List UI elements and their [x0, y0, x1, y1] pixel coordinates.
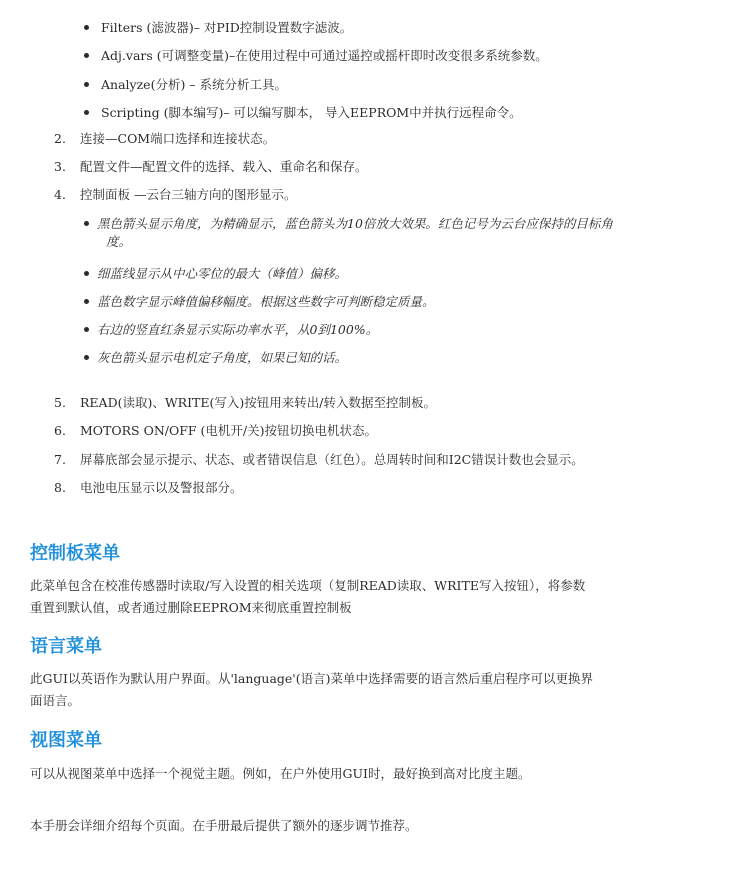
list-item-black-arrow: 黑色箭头显示角度，为精确显示，蓝色箭头为10倍放大效果。红色记号为云台应保持的目… — [97, 216, 613, 232]
bullet-icon — [84, 221, 89, 226]
section-paragraph-line: 可以从视图菜单中选择一个视觉主题。例如，在户外使用GUI时，最好换到高对比度主题… — [30, 766, 530, 782]
list-item-analyze: Analyze(分析) – 系统分析工具。 — [101, 77, 287, 93]
list-number: 8. — [54, 480, 66, 496]
list-item-profile: 配置文件—配置文件的选择、载入、重命名和保存。 — [80, 159, 368, 175]
bullet-icon — [84, 355, 89, 360]
list-number: 2. — [54, 131, 66, 147]
bullet-icon — [84, 82, 89, 87]
bullet-icon — [84, 25, 89, 30]
section-paragraph-line: 此GUI以英语作为默认用户界面。从'language'(语言)菜单中选择需要的语… — [30, 671, 593, 687]
document-page: Filters (滤波器)– 对PID控制设置数字滤波。 Adj.vars (可… — [0, 0, 750, 886]
bullet-icon — [84, 271, 89, 276]
list-item-battery: 电池电压显示以及警报部分。 — [80, 480, 243, 496]
list-number: 6. — [54, 423, 66, 439]
list-item-red-bar: 右边的竖直红条显示实际功率水平，从0到100%。 — [97, 322, 378, 338]
list-number: 3. — [54, 159, 66, 175]
bullet-icon — [84, 53, 89, 58]
list-item-scripting: Scripting (脚本编写)– 可以编写脚本， 导入EEPROM中并执行远程… — [101, 105, 522, 121]
list-item-control-panel: 控制面板 —云台三轴方向的图形显示。 — [80, 187, 296, 203]
list-item-blue-numbers: 蓝色数字显示峰值偏移幅度。根据这些数字可判断稳定质量。 — [97, 294, 435, 310]
list-item-status-bar: 屏幕底部会显示提示、状态、或者错误信息（红色）。总周转时间和I2C错误计数也会显… — [80, 452, 584, 468]
section-paragraph-line: 重置到默认值，或者通过删除EEPROM来彻底重置控制板 — [30, 600, 352, 616]
list-number: 5. — [54, 395, 66, 411]
section-paragraph-line: 面语言。 — [30, 693, 80, 709]
list-item-gray-arrow: 灰色箭头显示电机定子角度，如果已知的话。 — [97, 350, 347, 366]
list-number: 4. — [54, 187, 66, 203]
section-heading: 语言菜单 — [30, 636, 102, 658]
list-item-adj-vars: Adj.vars (可调整变量)–在使用过程中可通过遥控或摇杆即时改变很多系统参… — [101, 48, 548, 64]
list-item-read-write: READ(读取)、WRITE(写入)按钮用来转出/转入数据至控制板。 — [80, 395, 436, 411]
section-paragraph-line: 此菜单包含在校准传感器时读取/写入设置的相关选项（复制READ读取、WRITE写… — [30, 578, 585, 594]
section-heading: 视图菜单 — [30, 730, 102, 752]
bullet-icon — [84, 299, 89, 304]
bullet-icon — [84, 110, 89, 115]
list-item-black-arrow-cont: 度。 — [106, 234, 131, 250]
bullet-icon — [84, 327, 89, 332]
list-number: 7. — [54, 452, 66, 468]
closing-paragraph: 本手册会详细介绍每个页面。在手册最后提供了额外的逐步调节推荐。 — [30, 818, 418, 834]
list-item-connection: 连接—COM端口选择和连接状态。 — [80, 131, 275, 147]
list-item-thin-blue-line: 细蓝线显示从中心零位的最大（峰值）偏移。 — [97, 266, 347, 282]
list-item-motors: MOTORS ON/OFF (电机开/关)按钮切换电机状态。 — [80, 423, 377, 439]
section-heading: 控制板菜单 — [30, 543, 120, 565]
list-item-filters: Filters (滤波器)– 对PID控制设置数字滤波。 — [101, 20, 352, 36]
